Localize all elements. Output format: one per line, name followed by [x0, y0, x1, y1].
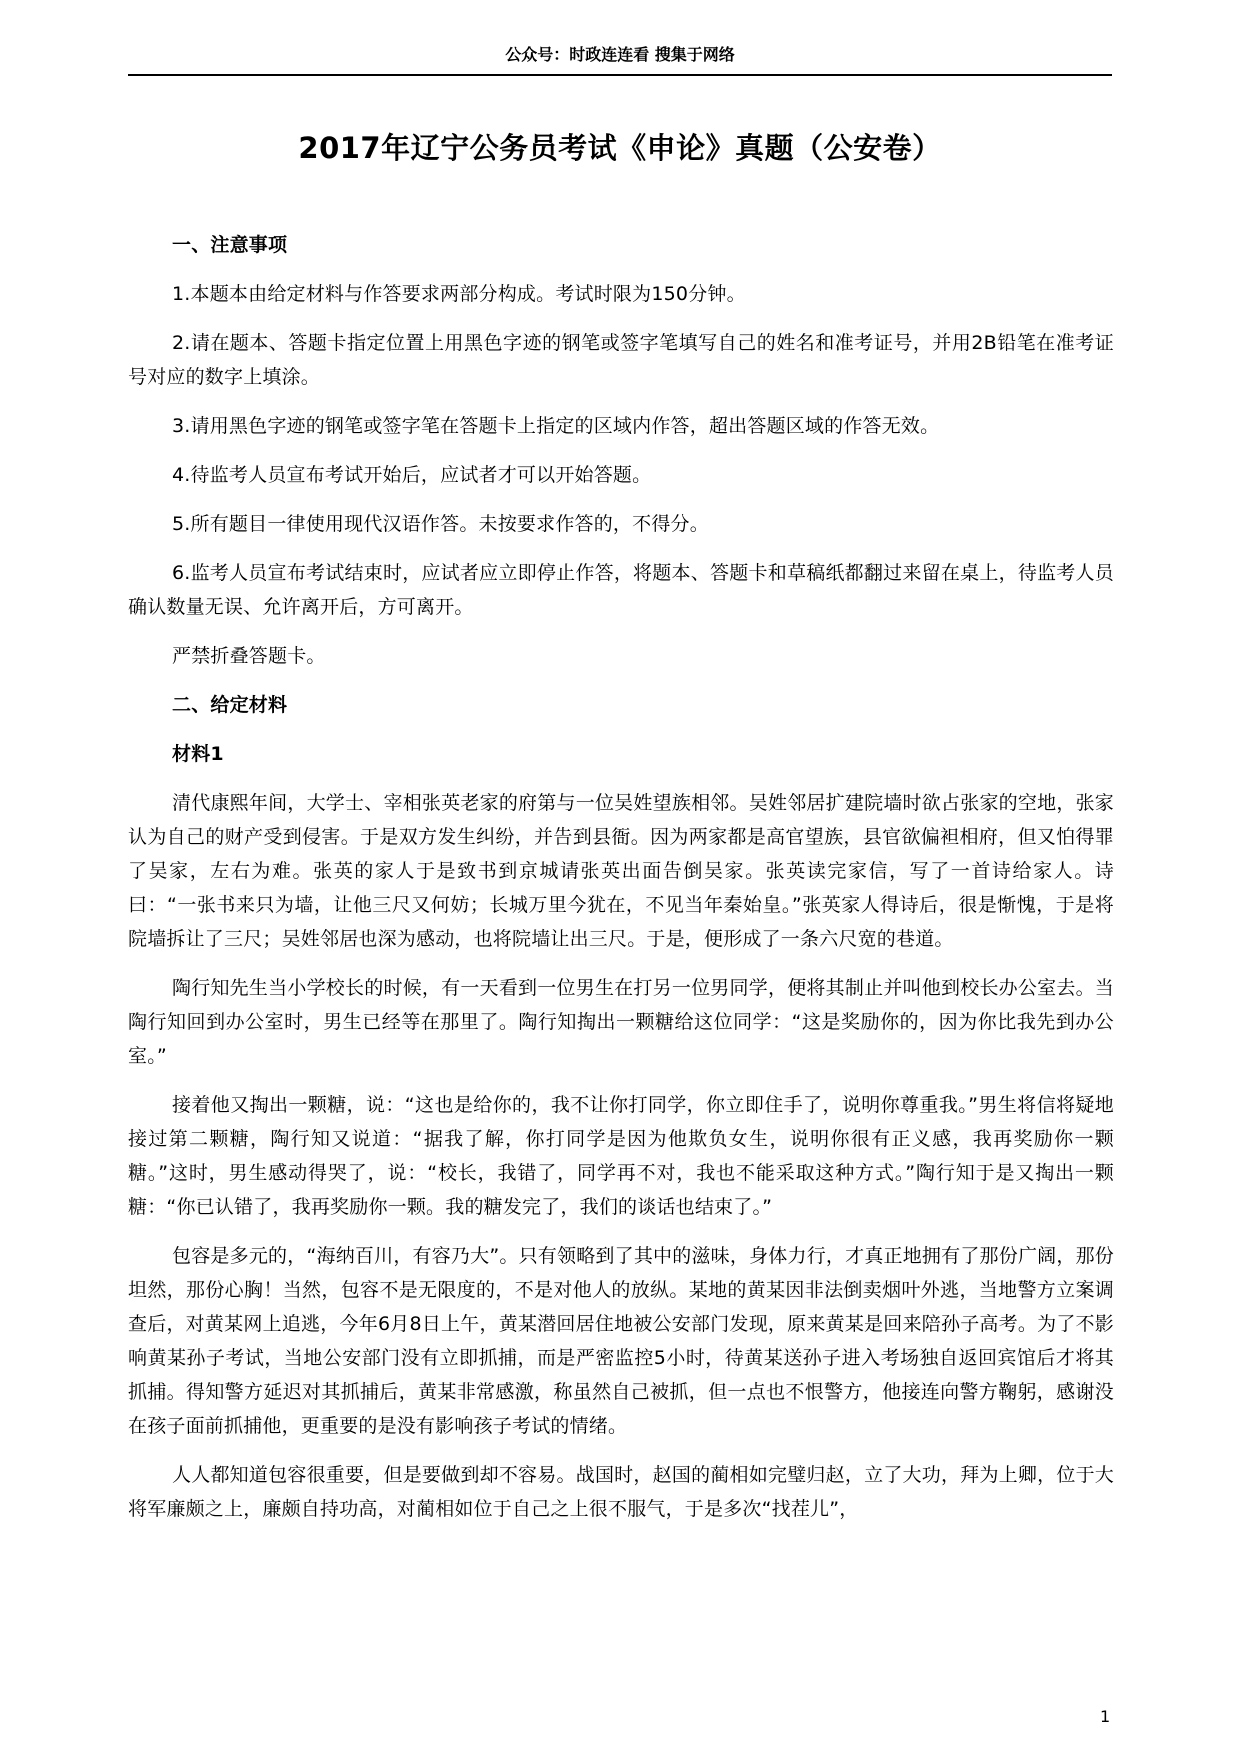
- section-heading-notice: 一、注意事项: [128, 228, 1114, 262]
- material-heading: 材料1: [128, 737, 1114, 771]
- document-title: 2017年辽宁公务员考试《申论》真题（公安卷）: [128, 126, 1112, 170]
- material-paragraph: 人人都知道包容很重要，但是要做到却不容易。战国时，赵国的蔺相如完璧归赵，立了大功…: [128, 1458, 1114, 1526]
- notice-item: 1.本题本由给定材料与作答要求两部分构成。考试时限为150分钟。: [128, 277, 1114, 311]
- material-paragraph: 陶行知先生当小学校长的时候，有一天看到一位男生在打另一位男同学，便将其制止并叫他…: [128, 971, 1114, 1073]
- material-paragraph: 包容是多元的，“海纳百川，有容乃大”。只有领略到了其中的滋味，身体力行，才真正地…: [128, 1239, 1114, 1443]
- page-number: 1: [1100, 1706, 1110, 1728]
- notice-item: 5.所有题目一律使用现代汉语作答。未按要求作答的，不得分。: [128, 507, 1114, 541]
- material-paragraph: 清代康熙年间，大学士、宰相张英老家的府第与一位吴姓望族相邻。吴姓邻居扩建院墙时欲…: [128, 786, 1114, 956]
- material-paragraph: 接着他又掏出一颗糖，说：“这也是给你的，我不让你打同学，你立即住手了，说明你尊重…: [128, 1088, 1114, 1224]
- notice-item: 6.监考人员宣布考试结束时，应试者应立即停止作答，将题本、答题卡和草稿纸都翻过来…: [128, 556, 1114, 624]
- section-heading-materials: 二、给定材料: [128, 688, 1114, 722]
- notice-item: 4.待监考人员宣布考试开始后，应试者才可以开始答题。: [128, 458, 1114, 492]
- page-header: 公众号：时政连连看 搜集于网络: [128, 44, 1112, 66]
- notice-item: 2.请在题本、答题卡指定位置上用黑色字迹的钢笔或签字笔填写自己的姓名和准考证号，…: [128, 326, 1114, 394]
- notice-item: 严禁折叠答题卡。: [128, 639, 1114, 673]
- document-body: 一、注意事项 1.本题本由给定材料与作答要求两部分构成。考试时限为150分钟。 …: [128, 228, 1114, 1526]
- header-divider: [128, 74, 1112, 76]
- notice-item: 3.请用黑色字迹的钢笔或签字笔在答题卡上指定的区域内作答，超出答题区域的作答无效…: [128, 409, 1114, 443]
